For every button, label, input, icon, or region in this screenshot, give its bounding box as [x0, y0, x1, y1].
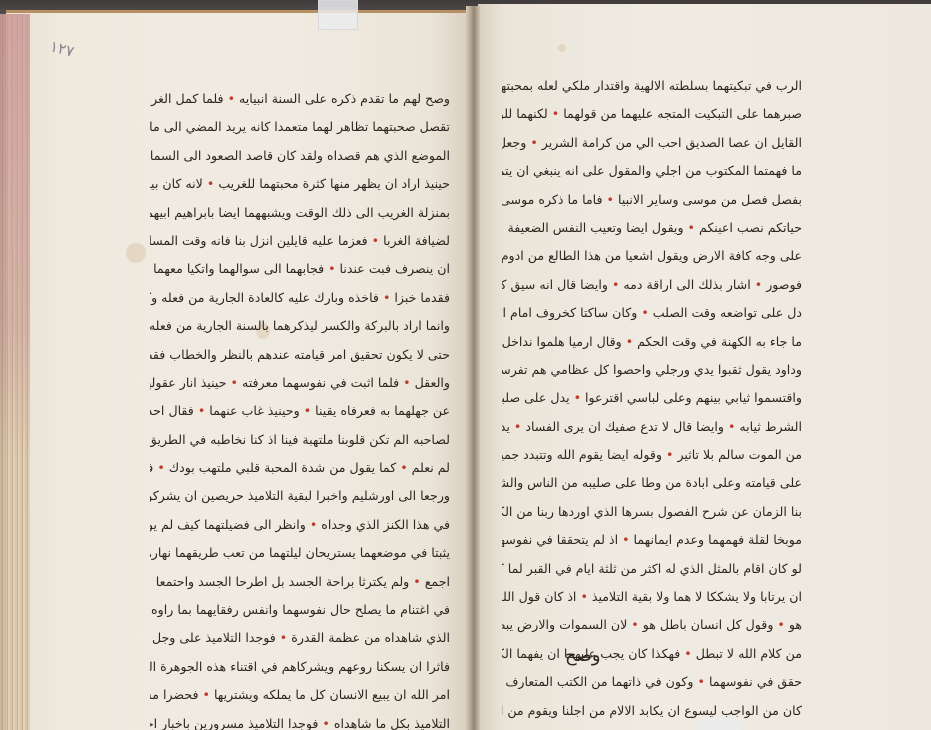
rubric-dot: • — [728, 419, 735, 434]
text-line: واقتسموا ثيابي بينهم وعلى لباسي اقترعوا … — [502, 384, 802, 412]
rubric-dot: • — [403, 375, 410, 390]
text-line: عن جهلهما به فعرفاه يقينا • وحينيذ غاب ع… — [150, 397, 450, 425]
rubric-dot: • — [413, 574, 420, 589]
text-line: حينيذ اراد ان يظهر منها كثرة محبتهما للغ… — [150, 170, 450, 198]
text-line: فوصور • اشار بذلك الى اراقة دمه • وايضا … — [502, 271, 802, 299]
rubric-dot: • — [777, 617, 784, 632]
rubric-dot: • — [622, 532, 629, 547]
rubric-dot: • — [626, 334, 633, 349]
text-line: التلاميذ بكل ما شاهداه • فوجدا التلاميذ … — [150, 710, 450, 730]
text-line: تقصل صحبتهما تظاهر لهما متعمدا كانه يريد… — [150, 113, 450, 141]
rubric-dot: • — [150, 574, 152, 589]
text-line: ورجعا الى اورشليم واخبرا لبقية التلاميذ … — [150, 482, 450, 510]
text-line: فقدما خبزا • فاخذه وبارك عليه كالعادة ال… — [150, 284, 450, 312]
rubric-dot: • — [698, 674, 705, 689]
text-line: لضيافة الغربا • فعزما عليه قايلين انزل ب… — [150, 227, 450, 255]
rubric-dot: • — [400, 460, 407, 475]
text-line: حقق في نفوسهما • وكون في ذاتهما من الكتب… — [502, 668, 802, 696]
rubric-dot: • — [322, 716, 329, 730]
text-line: صبرهما على التبكيت المتجه عليهما من قوله… — [502, 100, 802, 128]
text-line: الرب في تبكيتهما بسلطته الالهية واقتدار … — [502, 72, 802, 100]
rubric-dot: • — [203, 687, 210, 702]
text-line: الذي شاهداه من عظمة القدرة • فوجدا التلا… — [150, 624, 450, 652]
text-line: لصاحبه الم تكن قلوبنا ملتهبة فينا اذ كنا… — [150, 426, 450, 454]
text-line: كان من الواجب ليسوع ان يكابد الالام من ا… — [502, 697, 802, 725]
text-line: اجمع • ولم يكترثا براحة الجسد بل اطرحا ا… — [150, 568, 450, 596]
rubric-dot: • — [631, 617, 638, 632]
text-line: ما فهمتما المكتوب من اجلي والمقول على ان… — [502, 157, 802, 185]
rubric-dot: • — [684, 646, 691, 661]
rubric-dot: • — [607, 192, 614, 207]
rubric-dot: • — [688, 220, 695, 235]
text-line: القايل ان عصا الصديق احب الي من كرامة ال… — [502, 129, 802, 157]
text-line: وداود يقول ثقبوا يدي ورجلي واحصوا كل عظا… — [502, 356, 802, 384]
text-line: دل على تواضعه وقت الصلب • وكان ساكتا كخر… — [502, 299, 802, 327]
rubric-dot: • — [574, 390, 581, 405]
rubric-dot: • — [372, 233, 379, 248]
rubric-dot: • — [231, 375, 238, 390]
book-gutter — [466, 6, 480, 730]
text-line: في اغتنام ما يصلح حال نفوسهما وانفس رفقا… — [150, 596, 450, 624]
rubric-dot: • — [530, 135, 537, 150]
text-line: ما جاء به الكهنة في وقت الحكم • وقال ارم… — [502, 328, 802, 356]
paper-tab-top — [318, 0, 358, 30]
rubric-dot: • — [157, 460, 164, 475]
left-page-text: وصح لهم ما تقدم ذكره على السنة انبيايه •… — [150, 85, 450, 730]
text-line: من الموت سالم بلا تاثير • وقوله ايضا يقو… — [502, 441, 802, 469]
text-line: ان يرتابا ولا يشككا لا هما ولا بقية التل… — [502, 583, 802, 611]
text-line: وصح لهم ما تقدم ذكره على السنة انبيايه •… — [150, 85, 450, 113]
paper-stain — [558, 44, 566, 52]
rubric-dot: • — [310, 517, 317, 532]
text-line: الموضع الذي هم قصداه ولقد كان قاصد الصعو… — [150, 142, 450, 170]
text-line: يثبتا في موضعهما يستريحان ليلتهما من تعب… — [150, 539, 450, 567]
text-line: والعقل • فلما اثبت في نفوسهما معرفته • ح… — [150, 369, 450, 397]
rubric-dot: • — [383, 290, 390, 305]
open-manuscript: ١٢٧ وصح لهم ما تقدم ذكره على السنة انبيا… — [0, 0, 931, 730]
text-line: فاثرا ان يسكنا روعهم ويشركاهم في اقتناء … — [150, 653, 450, 681]
rubric-dot: • — [228, 91, 235, 106]
text-line: في هذا الكنز الذي وجداه • وانظر الى فضيل… — [150, 511, 450, 539]
text-line: الشرط ثيابه • وايضا قال لا تدع صفيك ان ي… — [502, 413, 802, 441]
right-page-text: الرب في تبكيتهما بسلطته الالهية واقتدار … — [502, 72, 802, 725]
rubric-dot: • — [207, 176, 214, 191]
rubric-dot: • — [552, 106, 559, 121]
paper-stain — [126, 243, 146, 263]
text-line: بنا الزمان عن شرح الفصول بسرها الذي اورد… — [502, 498, 802, 526]
rubric-dot: • — [612, 277, 619, 292]
text-line: حياتكم نصب اعينكم • ويقول ايضا وتعيب الن… — [502, 214, 802, 242]
text-line: بفصل فصل من موسى وساير الانبيا • فاما ما… — [502, 186, 802, 214]
text-line: لو كان اقام بالمثل الذي له اكثر من ثلثة … — [502, 555, 802, 583]
rubric-dot: • — [502, 220, 503, 235]
text-line: من كلام الله لا تبطل • فهكذا كان يجب علي… — [502, 640, 802, 668]
rubric-dot: • — [304, 403, 311, 418]
text-line: هو • وقول كل انسان باطل هو • لان السموات… — [502, 611, 802, 639]
rubric-dot: • — [514, 419, 521, 434]
rubric-dot: • — [755, 277, 762, 292]
rubric-dot: • — [328, 261, 335, 276]
text-line: على قيامته وعلى ابادة من وطا على صليبه م… — [502, 469, 802, 497]
rubric-dot: • — [580, 589, 587, 604]
fore-edge — [0, 14, 30, 730]
text-line: على وجه كافة الارض ويقول اشعيا من هذا ال… — [502, 242, 802, 270]
text-line: موبخا لقلة فهمهما وعدم ايمانهما • اذ لم … — [502, 526, 802, 554]
text-line: حتى لا يكون تحقيق امر قيامته عندهم بالنظ… — [150, 341, 450, 369]
catchword: وصح — [565, 645, 601, 666]
rubric-dot: • — [641, 305, 648, 320]
rubric-dot: • — [666, 447, 673, 462]
text-line: وانما اراد بالبركة والكسر ليذكرهما بالسن… — [150, 312, 450, 340]
text-line: امر الله ان يبيع الانسان كل ما يملكه ويش… — [150, 681, 450, 709]
text-line: بمنزلة الغريب الى ذلك الوقت ويشبههما ايض… — [150, 199, 450, 227]
text-line: ان ينصرف فبت عندنا • فجابهما الى سوالهما… — [150, 255, 450, 283]
rubric-dot: • — [198, 403, 205, 418]
text-line: لم نعلم • كما يقول من شدة المحبة قلبي مل… — [150, 454, 450, 482]
rubric-dot: • — [280, 630, 287, 645]
